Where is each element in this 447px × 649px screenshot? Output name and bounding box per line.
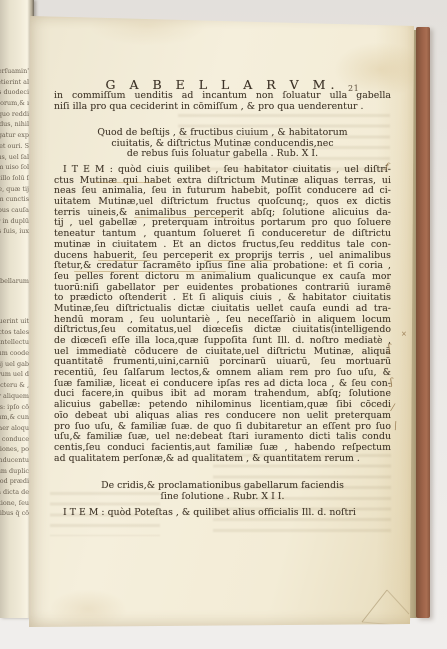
book-photo-backdrop: 'perſuamino petierint alnnes duodecieoru…: [0, 0, 447, 649]
paragraph-continuation: in commiſſum uenditis ad incantum non ſo…: [54, 91, 391, 112]
text-line: tus: ipſo cō: [0, 402, 29, 413]
text-line: albus, uel ſal: [0, 152, 29, 163]
text-line: ex illo ſolū ſ: [0, 173, 29, 184]
item-xi-paragraph: I T E M : quòd ciuis quilibet , ſeu habi…: [54, 165, 391, 464]
text-line: anium coode: [0, 348, 29, 359]
text-line: ſeu pelles forent dictoru m animalium qu…: [54, 272, 391, 283]
text-line: gabellarum.: [0, 276, 29, 287]
text-line: mutinæ in ciuitatem . Et an dictos fruct…: [54, 240, 391, 251]
rubric-xii-heading: De cridis,& proclamationibus gabellarum …: [54, 481, 391, 502]
text-line: ad qualitatem perſonæ,& ad qualitatem , …: [54, 454, 391, 465]
text-line: bandus, nihil: [0, 119, 29, 130]
text-line: o petierint al: [0, 77, 29, 88]
text-line: latij uel gab: [0, 359, 29, 370]
text-line: ntaer aloqu: [0, 423, 29, 434]
text-line: I T E M : quòd Poteſtas , & quilibet ali…: [54, 508, 391, 519]
paper-stain: [48, 589, 128, 629]
text-line: de rebus ſuis ſoluatur gabella . Rub. X …: [54, 149, 391, 160]
text-line: tur in duplū: [0, 216, 29, 227]
text-line: s q̄ conduce: [0, 434, 29, 445]
text-line: orum uel d: [0, 369, 29, 380]
text-line: enam cunctis: [0, 194, 29, 205]
paper-stain: [88, 6, 208, 46]
book-page: G A B E L L A R V M. 21 in commiſſum uen…: [28, 14, 416, 628]
left-page-text-fragments-upper: 'perſuamino petierint alnnes duodecieoru…: [0, 66, 29, 237]
text-line: niſi illa pro qua ceciderint in cōmiſſum…: [54, 102, 391, 113]
text-line: cationes, po: [0, 444, 29, 455]
text-line: nibus q̄ cō: [0, 508, 29, 519]
text-line: ſine ſolutione . Rubr. X I I.: [54, 492, 391, 503]
text-line: ſè intellectu: [0, 337, 29, 348]
handwritten-ink-mark: |: [394, 422, 398, 431]
text-line: ocijs ſuis, iux: [0, 226, 29, 237]
text-line: cum uiso ſol: [0, 162, 29, 173]
rubric-xi-heading: Quod de beſtijs , & fructibus ciuium , &…: [54, 128, 391, 160]
text-line: one, quæ tij: [0, 184, 29, 195]
text-line: ditione, ſeu: [0, 498, 29, 509]
text-line: nnes duodeci: [0, 87, 29, 98]
text-line: conducentu: [0, 455, 29, 466]
text-line: quod prædi: [0, 476, 29, 487]
handwritten-ink-mark: ⁄: [392, 404, 394, 414]
text-line: , & dicteru: [0, 380, 29, 391]
text-line: eligatur exp: [0, 130, 29, 141]
left-page-edge: 'perſuamino petierint alnnes duodecieoru…: [0, 0, 34, 618]
text-line: eorum,& ı: [0, 98, 29, 109]
text-line: dictos tales: [0, 327, 29, 338]
text-line: octibus cauſa: [0, 205, 29, 216]
item-xii-paragraph: I T E M : quòd Poteſtas , & quilibet ali…: [54, 508, 391, 519]
left-page-catchword: gabellarum.: [0, 276, 29, 287]
book-cover-edge: [416, 27, 430, 618]
text-line: fuerint uit: [0, 316, 29, 327]
text-line: 'perſuamin: [0, 66, 29, 77]
text-line: um dicta de: [0, 487, 29, 498]
handwritten-ink-mark: ×: [401, 331, 407, 338]
text-line: erum duplic: [0, 466, 29, 477]
text-line: er quo reddi: [0, 109, 29, 120]
left-page-text-fragments-lower: fuerint uitdictos talesſè intellectuaniu…: [0, 316, 29, 519]
text-line: centis,ſeu conduci facientis,aut familiæ…: [54, 443, 391, 454]
text-line: llibet ouri. S: [0, 141, 29, 152]
text-line: er aliquem: [0, 391, 29, 402]
text-line: erum,& cun: [0, 412, 29, 423]
text-line: oīo debeat ubi aliquas alias res conduce…: [54, 411, 391, 422]
